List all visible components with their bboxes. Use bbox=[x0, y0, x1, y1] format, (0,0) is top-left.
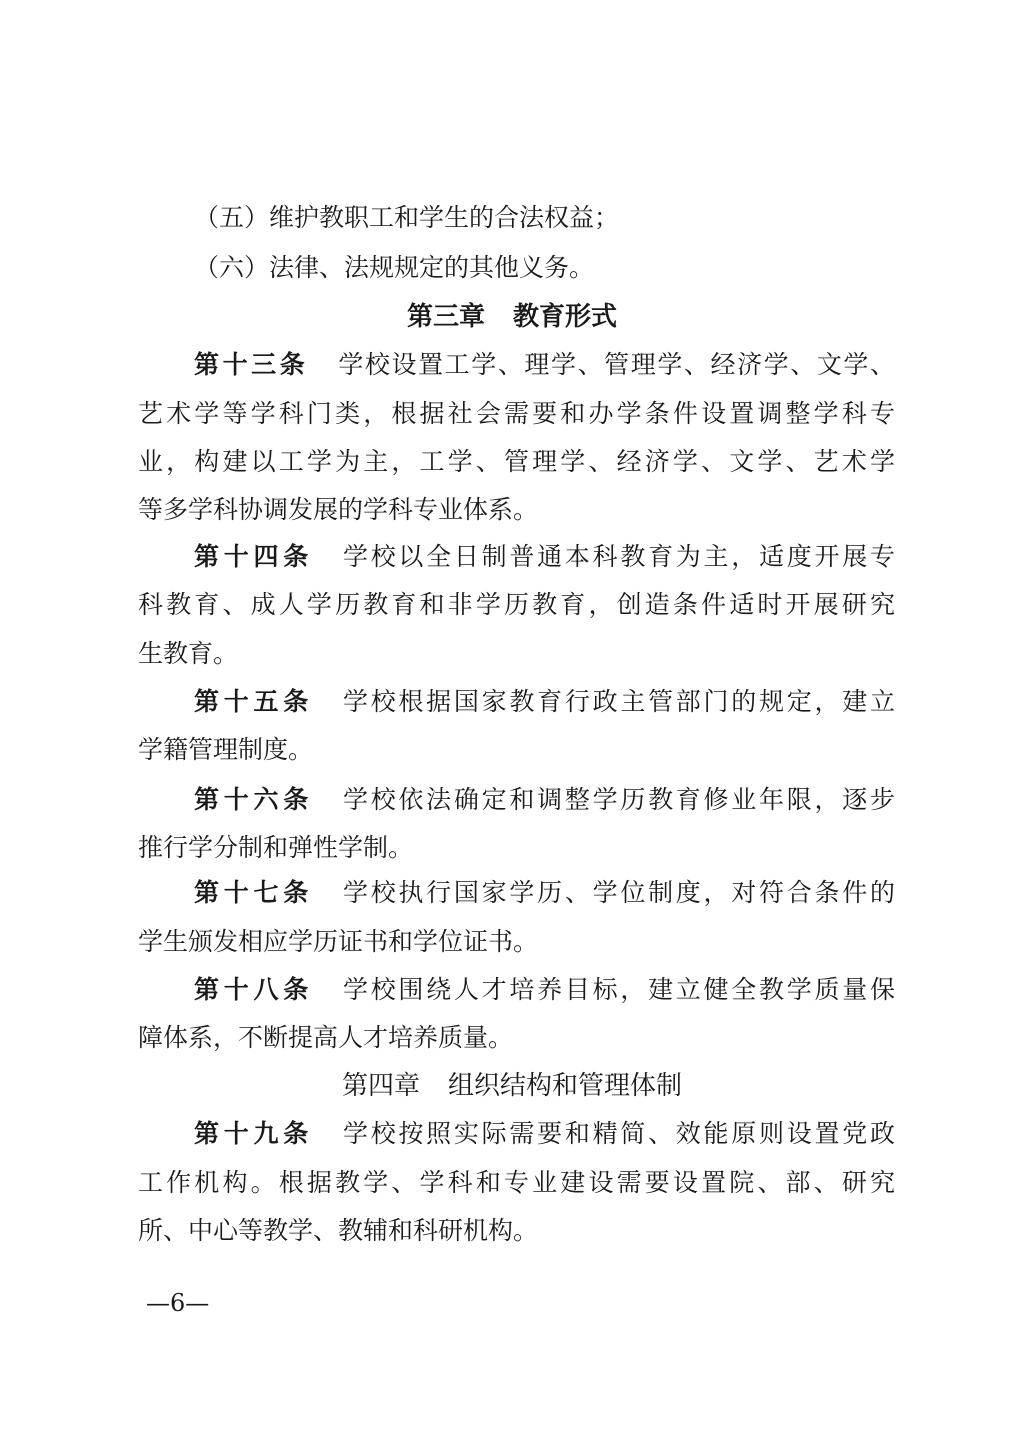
article-18-line-1: 第十八条学校围绕人才培养目标，建立健全教学质量保 bbox=[194, 973, 895, 1007]
article-text: 学校围绕人才培养目标，建立健全教学质量保 bbox=[343, 975, 895, 1004]
article-text: 学校依法确定和调整学历教育修业年限，逐步 bbox=[343, 785, 895, 814]
article-label: 第十四条 bbox=[194, 542, 313, 571]
chapter-heading-3: 第三章教育形式 bbox=[0, 300, 1024, 334]
chapter-title: 组织结构和管理体制 bbox=[448, 1071, 682, 1101]
article-15-line-1: 第十五条学校根据国家教育行政主管部门的规定，建立 bbox=[194, 685, 895, 719]
article-label: 第十七条 bbox=[194, 878, 313, 907]
article-label: 第十六条 bbox=[194, 785, 313, 814]
article-13-line-2: 艺术学等学科门类，根据社会需要和办学条件设置调整学科专 bbox=[138, 397, 895, 431]
article-16-line-2: 推行学分制和弹性学制。 bbox=[138, 831, 895, 865]
article-15-line-2: 学籍管理制度。 bbox=[138, 733, 895, 767]
chapter-title: 教育形式 bbox=[513, 302, 617, 332]
article-label: 第十三条 bbox=[194, 350, 308, 379]
article-13-line-3: 业，构建以工学为主，工学、管理学、经济学、文学、艺术学 bbox=[138, 445, 895, 479]
article-19-line-1: 第十九条学校按照实际需要和精简、效能原则设置党政 bbox=[194, 1117, 895, 1151]
article-14-line-3: 生教育。 bbox=[138, 637, 895, 671]
article-14-line-2: 科教育、成人学历教育和非学历教育，创造条件适时开展研究 bbox=[138, 588, 895, 622]
article-17-line-2: 学生颁发相应学历证书和学位证书。 bbox=[138, 925, 895, 959]
chapter-number: 第三章 bbox=[407, 302, 485, 332]
article-text: 学校执行国家学历、学位制度，对符合条件的 bbox=[343, 878, 895, 907]
article-label: 第十五条 bbox=[194, 687, 313, 716]
article-17-line-1: 第十七条学校执行国家学历、学位制度，对符合条件的 bbox=[194, 876, 895, 910]
list-item-five: （五）维护教职工和学生的合法权益； bbox=[194, 201, 895, 235]
article-13-line-1: 第十三条学校设置工学、理学、管理学、经济学、文学、 bbox=[194, 348, 895, 382]
article-label: 第十九条 bbox=[194, 1119, 313, 1148]
article-text: 学校以全日制普通本科教育为主，适度开展专 bbox=[343, 542, 895, 571]
chapter-heading-4: 第四章组织结构和管理体制 bbox=[0, 1069, 1024, 1103]
article-18-line-2: 障体系，不断提高人才培养质量。 bbox=[138, 1021, 895, 1055]
article-text: 学校按照实际需要和精简、效能原则设置党政 bbox=[343, 1119, 895, 1148]
article-19-line-3: 所、中心等教学、教辅和科研机构。 bbox=[138, 1214, 895, 1248]
chapter-number: 第四章 bbox=[342, 1071, 420, 1101]
article-text: 学校设置工学、理学、管理学、经济学、文学、 bbox=[338, 350, 895, 379]
article-text: 学校根据国家教育行政主管部门的规定，建立 bbox=[343, 687, 895, 716]
article-label: 第十八条 bbox=[194, 975, 313, 1004]
article-13-line-4: 等多学科协调发展的学科专业体系。 bbox=[138, 493, 895, 527]
article-14-line-1: 第十四条学校以全日制普通本科教育为主，适度开展专 bbox=[194, 540, 895, 574]
document-page: （五）维护教职工和学生的合法权益； （六）法律、法规规定的其他义务。 第三章教育… bbox=[0, 0, 1024, 1448]
article-16-line-1: 第十六条学校依法确定和调整学历教育修业年限，逐步 bbox=[194, 783, 895, 817]
page-number: —6— bbox=[146, 1288, 209, 1318]
list-item-six: （六）法律、法规规定的其他义务。 bbox=[194, 251, 895, 285]
article-19-line-2: 工作机构。根据教学、学科和专业建设需要设置院、部、研究 bbox=[138, 1166, 895, 1200]
